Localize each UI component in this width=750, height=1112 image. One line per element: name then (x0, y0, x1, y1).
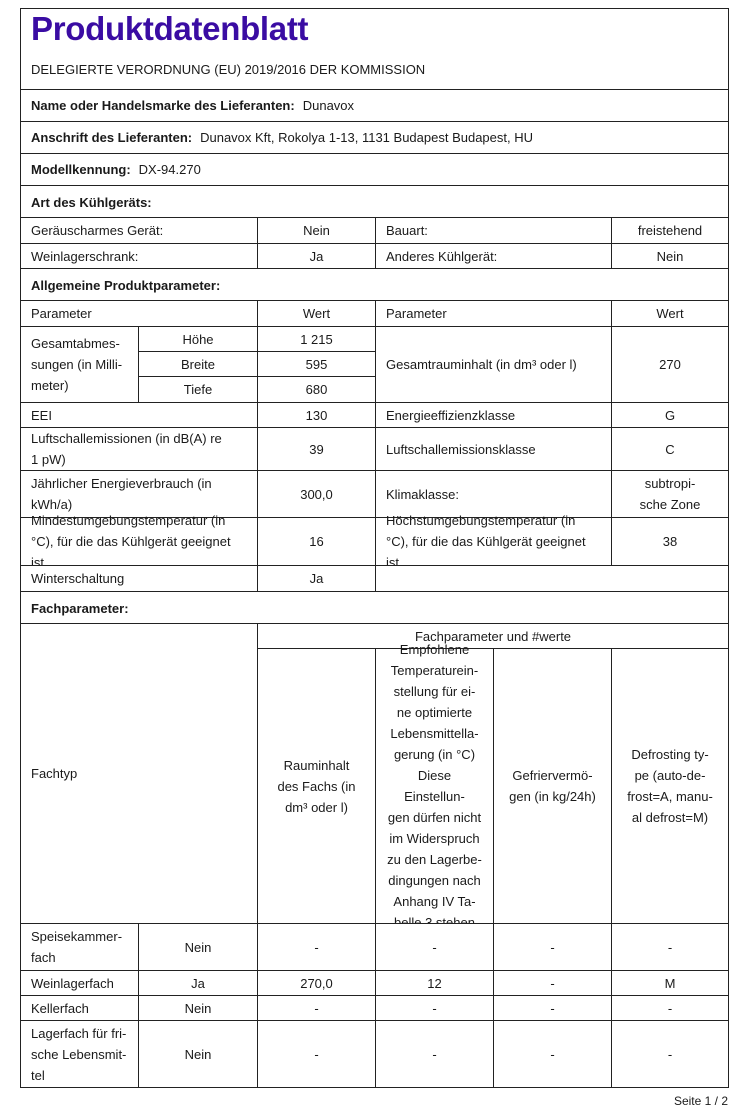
col-value-1: Wert (257, 300, 376, 327)
supplier-address-label: Anschrift des Lieferanten: (31, 127, 192, 148)
width-value: 595 (257, 351, 376, 377)
low-noise-value: Nein (257, 217, 376, 244)
compartment-volume: - (257, 995, 376, 1021)
compartment-type: Lagerfach für fri- sche Lebensmit- tel (20, 1020, 139, 1088)
col-freeze-header: Gefriervermö- gen (in kg/24h) (493, 648, 612, 924)
compartment-defrost: M (611, 970, 729, 996)
compartment-defrost: - (611, 1020, 729, 1088)
max-temp-label: Höchstumgebungstemperatur (in °C), für d… (375, 517, 612, 566)
compartment-group-header: Fachparameter und #werte (257, 623, 729, 649)
model-label: Modellkennung: (31, 159, 131, 180)
min-temp-value: 16 (257, 517, 376, 566)
supplier-address-value: Dunavox Kft, Rokolya 1-13, 1131 Budapest… (200, 127, 533, 148)
climate-class-value: subtropi- sche Zone (611, 470, 729, 518)
compartment-temp: - (375, 1020, 494, 1088)
compartment-volume: 270,0 (257, 970, 376, 996)
wine-cabinet-label: Weinlagerschrank: (20, 243, 258, 269)
low-noise-label: Geräuscharmes Gerät: (20, 217, 258, 244)
eei-label: EEI (20, 402, 258, 428)
compartment-type: Weinlagerfach (20, 970, 139, 996)
depth-label: Tiefe (138, 376, 258, 403)
width-label: Breite (138, 351, 258, 377)
wine-cabinet-value: Ja (257, 243, 376, 269)
compartment-present: Ja (138, 970, 258, 996)
model-row: Modellkennung: DX-94.270 (20, 153, 729, 186)
compartment-freeze: - (493, 1020, 612, 1088)
compartment-freeze: - (493, 923, 612, 971)
compartment-type-header: Fachtyp (20, 623, 258, 924)
compartment-present: Nein (138, 1020, 258, 1088)
other-appliance-label: Anderes Kühlgerät: (375, 243, 612, 269)
total-volume-value: 270 (611, 326, 729, 403)
compartment-present: Nein (138, 995, 258, 1021)
design-label: Bauart: (375, 217, 612, 244)
energy-class-label: Energieeffizienzklasse (375, 402, 612, 428)
min-temp-label: Mindestumgebungstemperatur (in °C), für … (20, 517, 258, 566)
col-parameter-1: Parameter (20, 300, 258, 327)
depth-value: 680 (257, 376, 376, 403)
design-value: freistehend (611, 217, 729, 244)
compartment-temp: 12 (375, 970, 494, 996)
compartment-defrost: - (611, 995, 729, 1021)
compartment-type: Kellerfach (20, 995, 139, 1021)
general-params-heading: Allgemeine Produktparameter: (20, 268, 729, 301)
compartment-temp: - (375, 995, 494, 1021)
compartment-type: Speisekammer- fach (20, 923, 139, 971)
supplier-name-label: Name oder Handelsmarke des Lieferanten: (31, 95, 295, 116)
compartment-freeze: - (493, 995, 612, 1021)
max-temp-value: 38 (611, 517, 729, 566)
dimensions-label: Gesamtabmes- sungen (in Milli- meter) (20, 326, 139, 403)
noise-label: Luftschallemissionen (in dB(A) re 1 pW) (20, 427, 258, 471)
compartment-params-heading: Fachparameter: (20, 591, 729, 624)
compartment-present: Nein (138, 923, 258, 971)
col-defrost-header: Defrosting ty- pe (auto-de- frost=A, man… (611, 648, 729, 924)
noise-class-label: Luftschallemissionsklasse (375, 427, 612, 471)
col-volume-header: Rauminhalt des Fachs (in dm³ oder l) (257, 648, 376, 924)
device-type-heading: Art des Kühlgeräts: (20, 185, 729, 218)
model-value: DX-94.270 (139, 159, 201, 180)
compartment-freeze: - (493, 970, 612, 996)
eei-value: 130 (257, 402, 376, 428)
compartment-volume: - (257, 1020, 376, 1088)
height-label: Höhe (138, 326, 258, 352)
total-volume-label: Gesamtrauminhalt (in dm³ oder l) (375, 326, 612, 403)
regulation-subtitle: DELEGIERTE VERORDNUNG (EU) 2019/2016 DER… (31, 62, 425, 77)
supplier-name-value: Dunavox (303, 95, 354, 116)
winter-switch-label: Winterschaltung (20, 565, 258, 592)
compartment-defrost: - (611, 923, 729, 971)
col-value-2: Wert (611, 300, 729, 327)
compartment-volume: - (257, 923, 376, 971)
compartment-temp: - (375, 923, 494, 971)
annual-energy-value: 300,0 (257, 470, 376, 518)
col-parameter-2: Parameter (375, 300, 612, 327)
supplier-name-row: Name oder Handelsmarke des Lieferanten: … (20, 89, 729, 122)
page-title: Produktdatenblatt (31, 10, 308, 48)
empty-cell (375, 565, 729, 592)
noise-class-value: C (611, 427, 729, 471)
supplier-address-row: Anschrift des Lieferanten: Dunavox Kft, … (20, 121, 729, 154)
height-value: 1 215 (257, 326, 376, 352)
col-temp-header: Empfohlene Temperaturein- stellung für e… (375, 648, 494, 924)
page-number: Seite 1 / 2 (674, 1094, 728, 1108)
winter-switch-value: Ja (257, 565, 376, 592)
energy-class-value: G (611, 402, 729, 428)
noise-value: 39 (257, 427, 376, 471)
other-appliance-value: Nein (611, 243, 729, 269)
